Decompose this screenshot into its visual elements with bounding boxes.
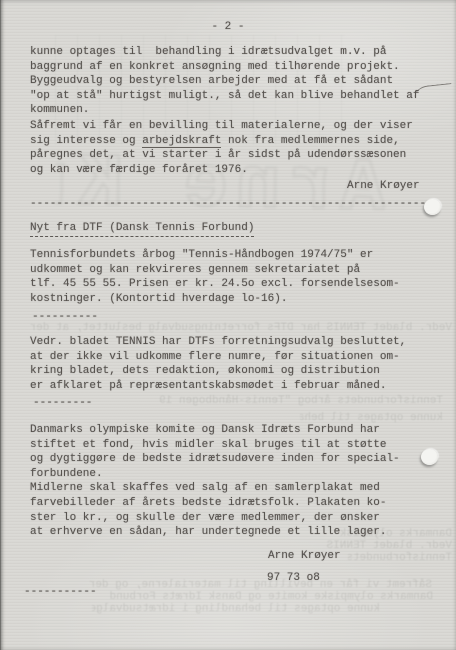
bleedthrough-line: Vedr. bladet TENNIS har DTFs forretnings… <box>325 539 452 554</box>
page-number: - 2 - <box>0 20 456 35</box>
punch-hole <box>421 449 438 465</box>
bleedthrough-line: Såfremt vi får en bevilling til material… <box>88 578 432 593</box>
signature-name: Arne Krøyer <box>268 549 341 564</box>
scanned-document-page: Arne Krøyer Vedr. bladet TENNIS har DTFs… <box>0 0 456 650</box>
underlined-word: arbejdskraft <box>142 135 221 148</box>
paragraph-tennis-magazine: Vedr. bladet TENNIS har DTFs forretnings… <box>30 335 430 393</box>
bleedthrough-line: Tennisforbundets årbog "Tennis-Håndbogen… <box>348 551 452 566</box>
paragraph-yearbook: Tennisforbundets årbog "Tennis-Håndbogen… <box>30 248 430 306</box>
separator-full: ----------------------------------------… <box>30 197 433 212</box>
paragraph-committee-application: kunne optages til behandling i idrætsudv… <box>30 45 430 118</box>
bleedthrough-line: kunne optages til behandling i idrætsudv… <box>92 602 380 617</box>
paragraph-olympic-fund: Danmarks olympiske komite og Dansk Idræt… <box>30 423 430 540</box>
separator-small: ----------- <box>24 585 97 600</box>
signature-name: Arne Krøyer <box>347 179 420 194</box>
separator-small: --------- <box>33 396 92 411</box>
punch-hole <box>424 199 441 215</box>
separator-small: ---------- <box>32 310 98 325</box>
section-heading-wrap: Nyt fra DTF (Dansk Tennis Forbund) <box>30 221 254 236</box>
paragraph-funding-plan: Såfremt vi får en bevilling til material… <box>30 119 430 177</box>
bleedthrough-line: Tennisforbundets årbog "Tennis-Håndbogen… <box>160 394 443 409</box>
section-heading: Nyt fra DTF (Dansk Tennis Forbund) <box>30 222 254 237</box>
bleedthrough-line: Danmarks olympiske komite og Dansk Idræt… <box>105 590 433 605</box>
phone-number: 97 73 o8 <box>267 571 320 586</box>
